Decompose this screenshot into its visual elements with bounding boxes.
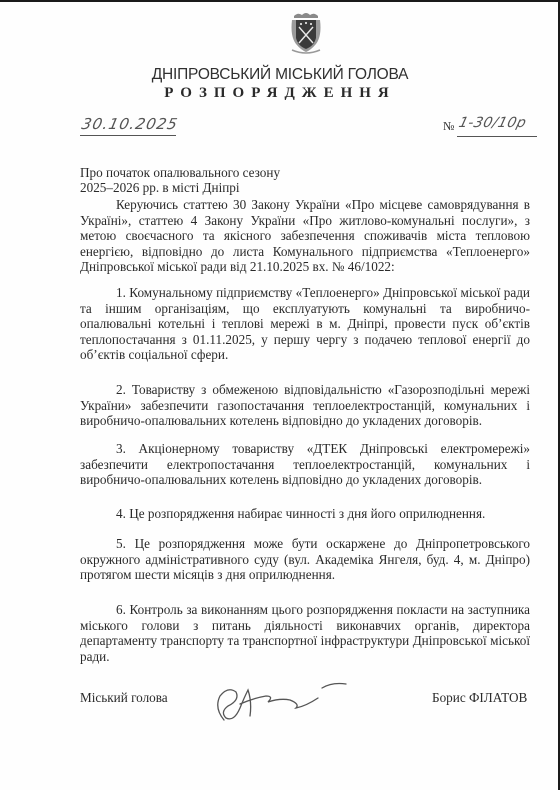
- document-type: РОЗПОРЯДЖЕННЯ: [0, 85, 560, 102]
- item-5: 5. Це розпорядження може бути оскаржене …: [80, 536, 530, 583]
- signatory-title: Міський голова: [80, 690, 168, 706]
- date-underline: [80, 135, 176, 136]
- organization-title: ДНІПРОВСЬКИЙ МІСЬКИЙ ГОЛОВА: [0, 66, 560, 84]
- handwritten-number: 1-30/10р: [457, 115, 528, 131]
- signatory-name: Борис ФІЛАТОВ: [432, 690, 527, 706]
- item-1: 1. Комунальному підприємству «Теплоенерг…: [80, 285, 530, 363]
- item-3: 3. Акціонерному товариству «ДТЕК Дніпров…: [80, 441, 530, 488]
- coat-of-arms-icon: [286, 10, 326, 56]
- handwritten-date: 30.10.2025: [80, 115, 180, 133]
- subject-line-1: Про початок опалювального сезону: [80, 165, 340, 180]
- number-underline: [457, 136, 537, 137]
- item-4: 4. Це розпорядження набирає чинності з д…: [80, 506, 530, 522]
- document-page: ДНІПРОВСЬКИЙ МІСЬКИЙ ГОЛОВА РОЗПОРЯДЖЕНН…: [0, 0, 560, 790]
- number-label: №: [443, 119, 454, 134]
- date-field: 30.10.2025: [80, 115, 176, 137]
- preamble: Керуючись статтею 30 Закону України «Про…: [80, 197, 530, 275]
- signature-icon: [210, 678, 360, 728]
- document-subject: Про початок опалювального сезону 2025–20…: [80, 165, 340, 195]
- subject-line-2: 2025–2026 рр. в місті Дніпрі: [80, 180, 340, 195]
- item-2: 2. Товариству з обмеженою відповідальніс…: [80, 382, 530, 429]
- item-6: 6. Контроль за виконанням цього розпоряд…: [80, 602, 530, 664]
- number-field: № 1-30/10р: [443, 115, 539, 137]
